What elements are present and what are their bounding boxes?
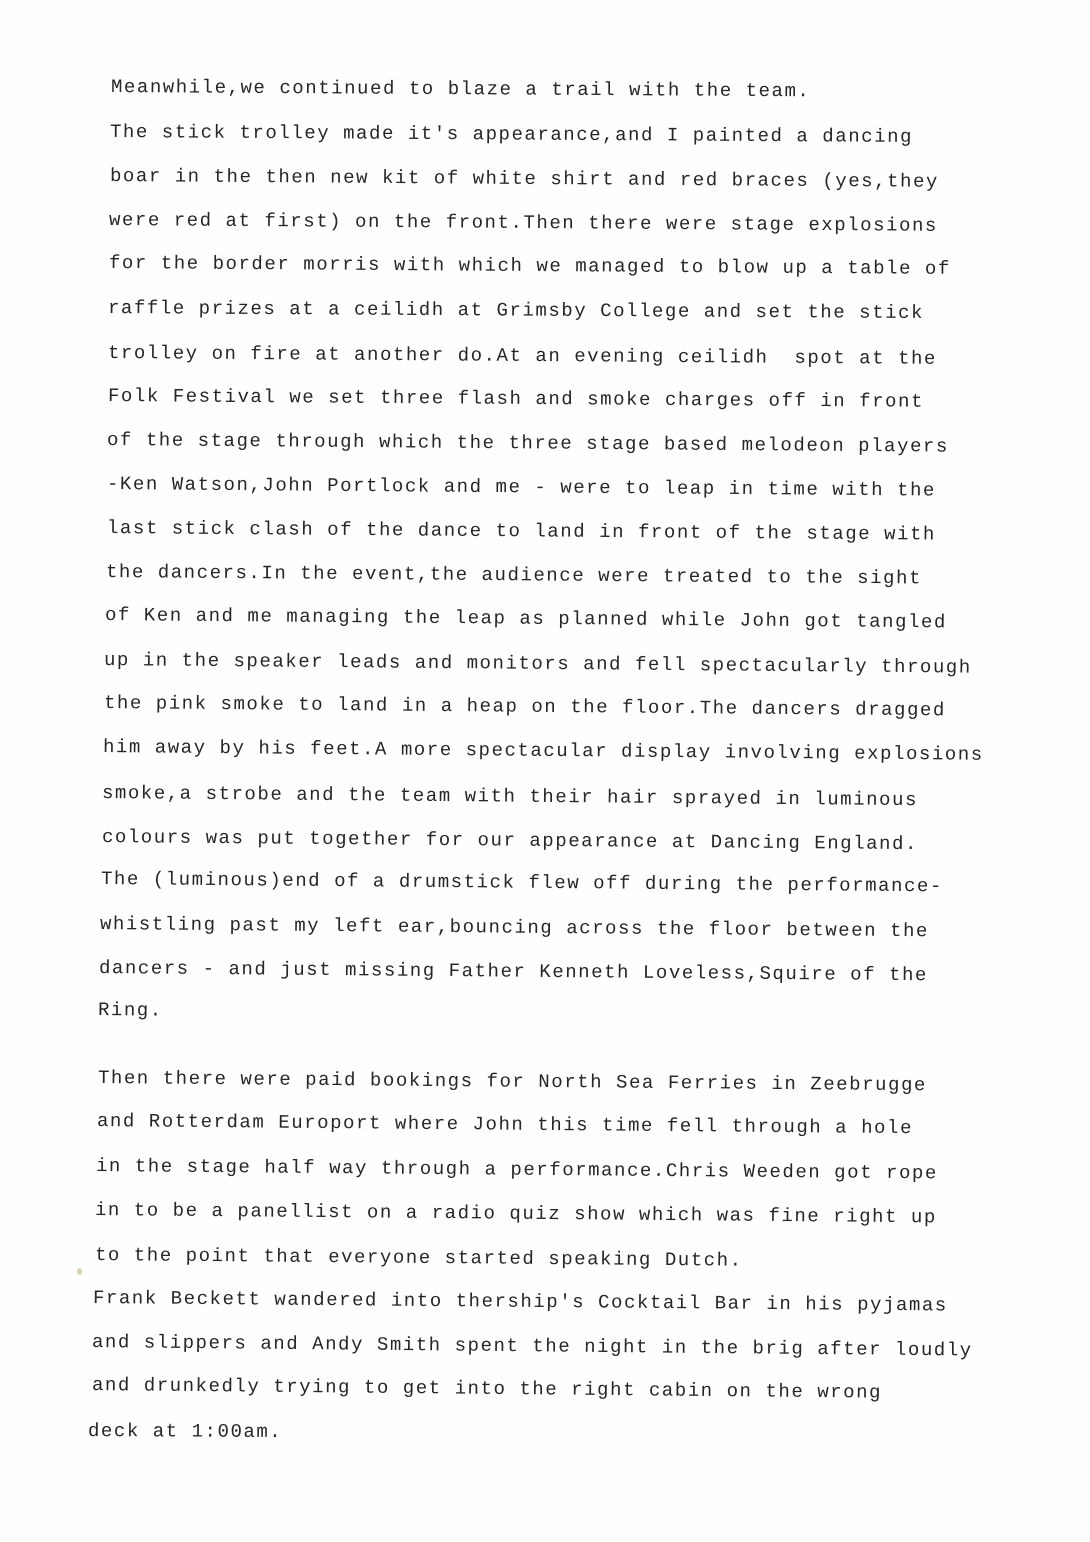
- text-line: of the stage through which the three sta…: [107, 428, 949, 459]
- text-line: for the border morris with which we mana…: [109, 251, 951, 281]
- text-line: to the point that everyone started speak…: [95, 1243, 743, 1273]
- text-line: in to be a panellist on a radio quiz sho…: [95, 1198, 937, 1229]
- text-line: Frank Beckett wandered into thership's C…: [93, 1286, 948, 1317]
- text-line: deck at 1:00am.: [88, 1419, 282, 1444]
- text-line: him away by his feet.A more spectacular …: [103, 735, 984, 767]
- text-line: The (luminous)end of a drumstick flew of…: [101, 867, 943, 898]
- text-line: and drunkedly trying to get into the rig…: [92, 1373, 882, 1405]
- text-line: Ring.: [98, 998, 163, 1023]
- text-line: dancers - and just missing Father Kennet…: [99, 956, 928, 987]
- text-line: were red at first) on the front.Then the…: [109, 208, 938, 238]
- text-line: last stick clash of the dance to land in…: [107, 516, 936, 547]
- text-line: Folk Festival we set three flash and smo…: [108, 384, 924, 414]
- text-line: of Ken and me managing the leap as plann…: [105, 603, 947, 634]
- text-line: boar in the then new kit of white shirt …: [110, 164, 939, 194]
- text-line: the pink smoke to land in a heap on the …: [104, 691, 946, 722]
- text-line: whistling past my left ear,bouncing acro…: [100, 912, 929, 943]
- text-line: Meanwhile,we continued to blaze a trail …: [111, 75, 811, 103]
- text-line: and slippers and Andy Smith spent the ni…: [92, 1330, 973, 1362]
- scan-speck: [77, 1268, 82, 1275]
- text-line: the dancers.In the event,the audience we…: [106, 560, 922, 590]
- text-line: and Rotterdam Europort where John this t…: [97, 1109, 913, 1140]
- text-line: trolley on fire at another do.At an even…: [108, 341, 937, 371]
- text-line: Then there were paid bookings for North …: [98, 1066, 927, 1097]
- text-line: raffle prizes at a ceilidh at Grimsby Co…: [108, 296, 924, 325]
- text-line: up in the speaker leads and monitors and…: [104, 648, 972, 680]
- text-line: in the stage half way through a performa…: [96, 1154, 938, 1185]
- text-line: The stick trolley made it's appearance,a…: [110, 120, 913, 149]
- typed-page: Meanwhile,we continued to blaze a trail …: [0, 0, 1090, 1542]
- text-line: smoke,a strobe and the team with their h…: [102, 781, 918, 812]
- text-line: -Ken Watson,John Portlock and me - were …: [107, 472, 936, 503]
- text-line: colours was put together for our appeara…: [102, 825, 918, 856]
